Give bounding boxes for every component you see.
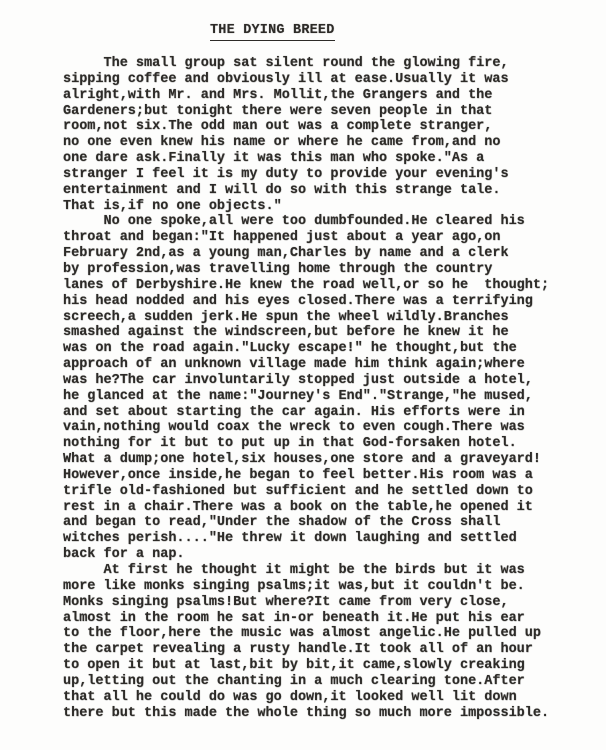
document-page: THE DYING BREED The small group sat sile…	[0, 0, 606, 750]
document-title: THE DYING BREED	[210, 24, 335, 41]
document-body: The small group sat silent round the glo…	[63, 56, 606, 721]
paragraph: At first he thought it might be the bird…	[63, 563, 606, 721]
paragraph: The small group sat silent round the glo…	[63, 56, 606, 214]
paragraph: No one spoke,all were too dumbfounded.He…	[63, 214, 606, 563]
